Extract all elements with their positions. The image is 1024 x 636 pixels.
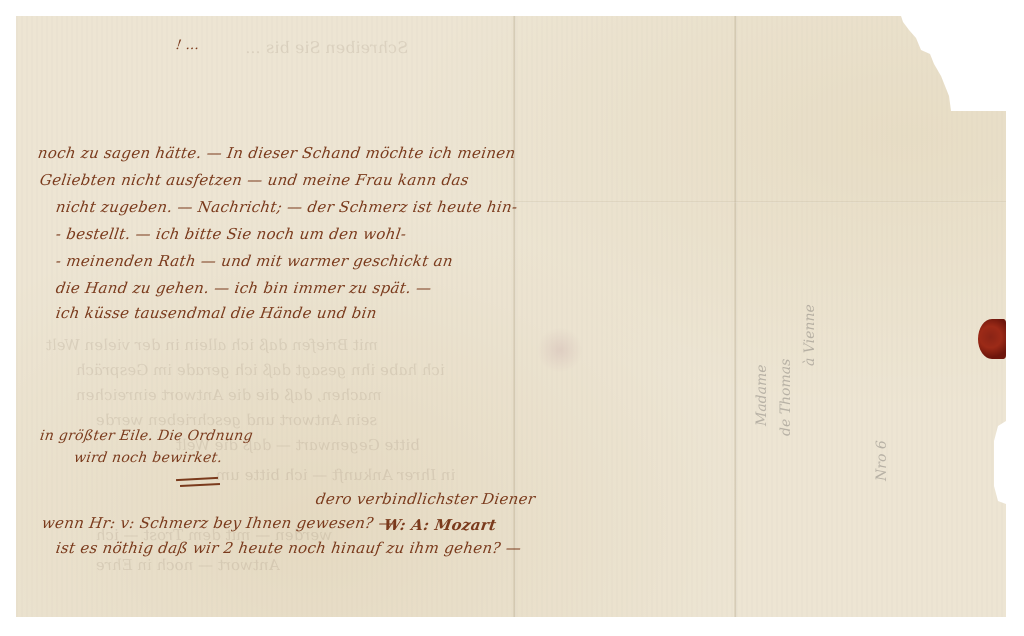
bleed-through-header: Schreiben Sie bis ... xyxy=(245,38,410,57)
letter-line: noch zu sagen hätte. — In dieser Schand … xyxy=(37,144,517,162)
letter-line: nicht zugeben. — Nachricht; — der Schmer… xyxy=(55,198,519,216)
horizontal-fold-line xyxy=(513,201,1006,203)
signature: W: A: Mozart xyxy=(383,516,498,534)
letter-line: die Hand zu gehen. — ich bin immer zu sp… xyxy=(55,279,433,297)
letter-sheet: Schreiben Sie bis ... mit Briefen daß ic… xyxy=(16,16,1006,617)
bleed-through-line: sein Antwort und geschrieben werde xyxy=(95,411,379,429)
final-line: ist es nöthig daß wir 2 heute noch hinau… xyxy=(55,539,523,557)
letter-line: Geliebten nicht ausfetzen — und meine Fr… xyxy=(39,171,470,189)
pencil-note: Nro 6 xyxy=(874,440,890,481)
postscript-underline xyxy=(180,483,220,487)
header-fragment: ! ... xyxy=(175,38,200,53)
vertical-fold-line xyxy=(513,16,516,617)
letter-line: - meinenden Rath — und mit warmer geschi… xyxy=(55,252,454,270)
final-line: wenn Hr: v: Schmerz bey Ihnen gewesen? — xyxy=(41,514,395,532)
bleed-through-line: Antwort — noch in Ehre xyxy=(95,556,281,574)
postscript-line: wird noch bewirket. xyxy=(73,450,224,466)
vertical-fold-line xyxy=(734,16,737,617)
letter-line: - bestellt. — ich bitte Sie noch um den … xyxy=(55,225,408,243)
letter-line: ich küsse tausendmal die Hände und bin xyxy=(55,304,378,322)
postscript-underline xyxy=(176,477,218,481)
pencil-note: de Thomas xyxy=(778,359,794,436)
pencil-note: Madame xyxy=(754,364,770,426)
wax-seal xyxy=(978,319,1006,359)
bleed-through-line: mit Briefen daß ich allein in der vielen… xyxy=(45,336,379,354)
closing-text: dero verbindlichster Diener xyxy=(315,490,537,508)
bleed-through-line: ich habe ihn gesagt daß ich gerade im Ge… xyxy=(75,361,446,379)
paper-stain xyxy=(536,328,584,372)
pencil-note: à Vienne xyxy=(802,304,818,366)
postscript-line: in größter Eile. Die Ordnung xyxy=(39,428,254,444)
bleed-through-line: in Ihrer Ankunft — ich bitte um xyxy=(215,466,457,484)
bleed-through-line: machen, daß die die Antwort einreichen xyxy=(75,386,383,404)
